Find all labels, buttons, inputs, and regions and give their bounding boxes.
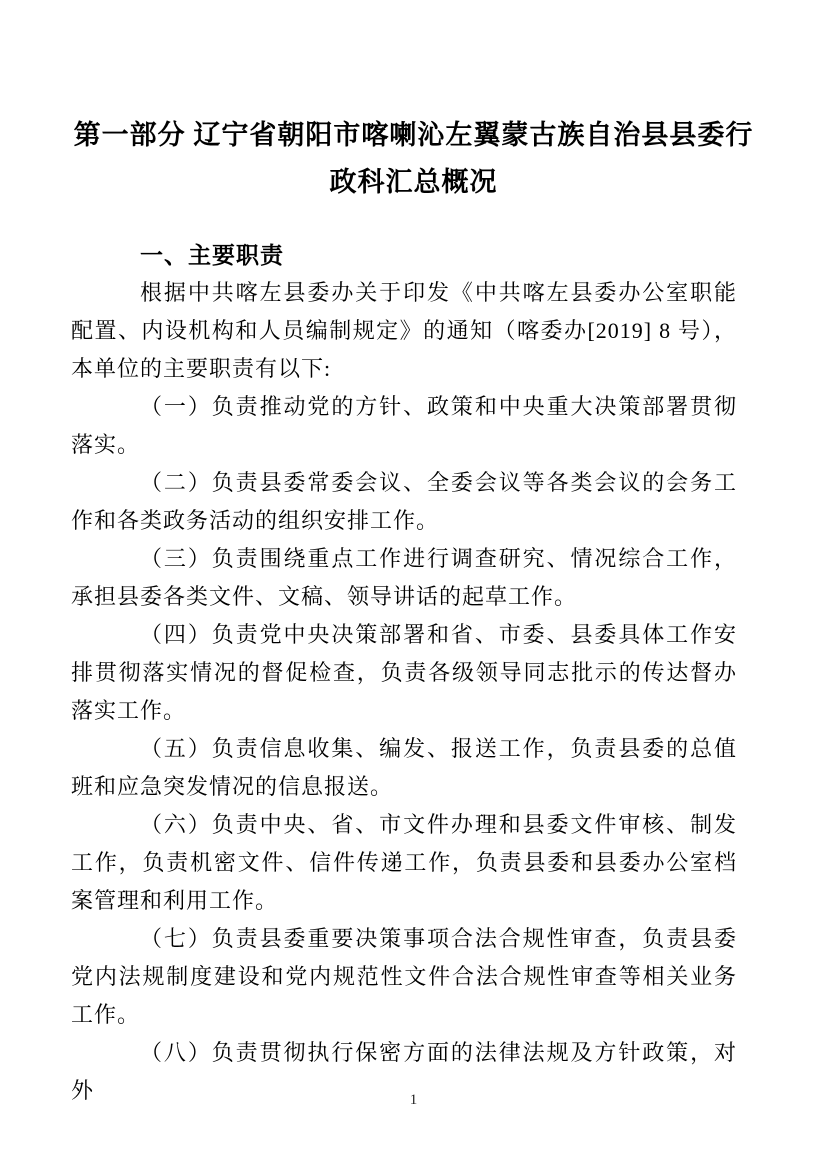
- paragraph: （五）负责信息收集、编发、报送工作，负责县委的总值班和应急突发情况的信息报送。: [71, 730, 737, 806]
- document-title-line-2: 政科汇总概况: [48, 159, 779, 206]
- paragraph: （三）负责围绕重点工作进行调查研究、情况综合工作，承担县委各类文件、文稿、领导讲…: [71, 540, 737, 616]
- paragraph: （六）负责中央、省、市文件办理和县委文件审核、制发工作，负责机密文件、信件传递工…: [71, 806, 737, 920]
- paragraph: （一）负责推动党的方针、政策和中央重大决策部署贯彻落实。: [71, 388, 737, 464]
- paragraph: （七）负责县委重要决策事项合法合规性审查，负责县委党内法规制度建设和党内规范性文…: [71, 920, 737, 1034]
- document-body: 一、主要职责 根据中共喀左县委办关于印发《中共喀左县委办公室职能配置、内设机构和…: [71, 236, 737, 1110]
- paragraph: （二）负责县委常委会议、全委会议等各类会议的会务工作和各类政务活动的组织安排工作…: [71, 464, 737, 540]
- document-title-line-1: 第一部分 辽宁省朝阳市喀喇沁左翼蒙古族自治县县委行: [48, 112, 779, 159]
- paragraph-list: 根据中共喀左县委办关于印发《中共喀左县委办公室职能配置、内设机构和人员编制规定》…: [71, 274, 737, 1110]
- paragraph: 根据中共喀左县委办关于印发《中共喀左县委办公室职能配置、内设机构和人员编制规定》…: [71, 274, 737, 388]
- paragraph: （四）负责党中央决策部署和省、市委、县委具体工作安排贯彻落实情况的督促检查，负责…: [71, 616, 737, 730]
- page-number: 1: [0, 1092, 827, 1109]
- document-title: 第一部分 辽宁省朝阳市喀喇沁左翼蒙古族自治县县委行 政科汇总概况: [48, 112, 779, 206]
- document-page: 第一部分 辽宁省朝阳市喀喇沁左翼蒙古族自治县县委行 政科汇总概况 一、主要职责 …: [0, 0, 827, 1169]
- section-heading-main-duties: 一、主要职责: [71, 236, 737, 274]
